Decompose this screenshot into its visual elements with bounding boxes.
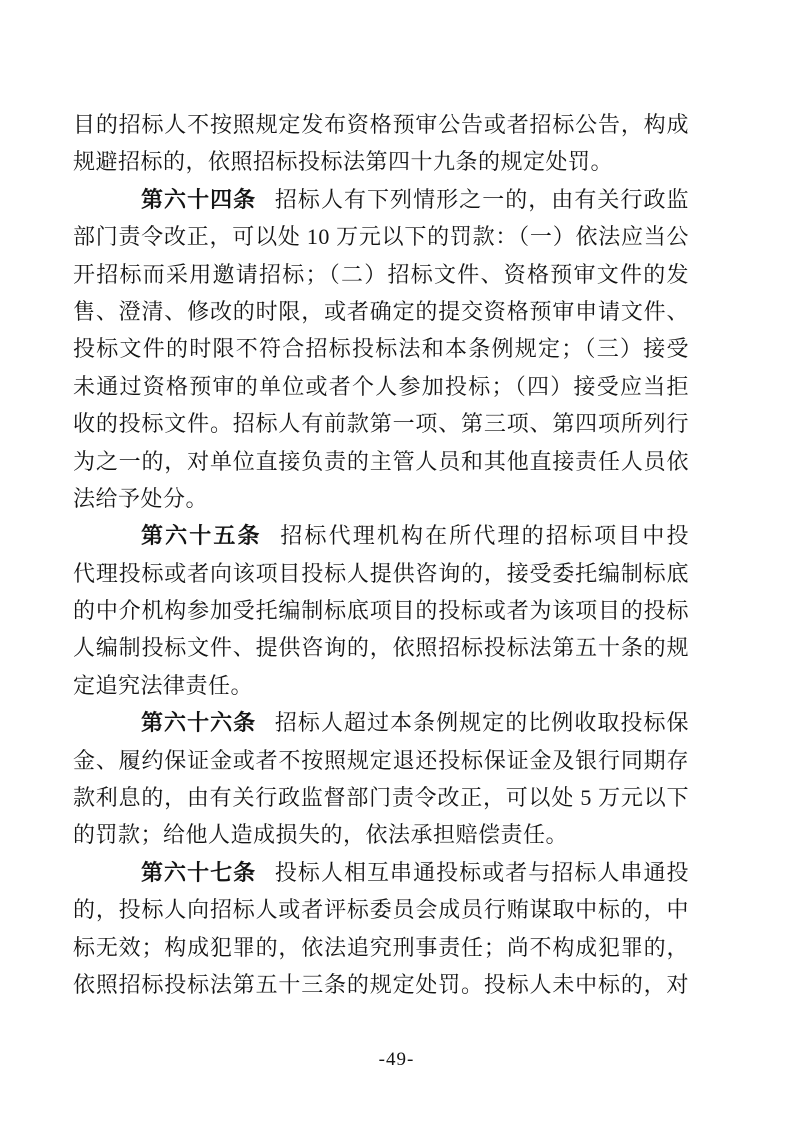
text-line: 售、澄清、修改的时限，或者确定的提交资格预审申请文件、 [73,293,689,330]
text-line: 的，投标人向招标人或者评标委员会成员行贿谋取中标的，中 [73,891,689,928]
text-line: 人编制投标文件、提供咨询的，依照招标投标法第五十条的规 [73,629,689,666]
line-text: 定追究法律责任。 [73,673,253,698]
line-text: 人编制投标文件、提供咨询的，依照招标投标法第五十条的规 [73,635,689,660]
line-text: 规避招标的，依照招标投标法第四十九条的规定处罚。 [73,149,613,174]
line-text: 的中介机构参加受托编制标底项目的投标或者为该项目的投标 [73,598,689,623]
text-line: 标无效；构成犯罪的，依法追究刑事责任；尚不构成犯罪的， [73,929,689,966]
text-line: 款利息的，由有关行政监督部门责令改正，可以处 5 万元以下 [73,779,689,816]
text-line: 投标文件的时限不符合招标投标法和本条例规定；（三）接受 [73,330,689,367]
text-line: 的中介机构参加受托编制标底项目的投标或者为该项目的投标 [73,592,689,629]
article-number-heading: 第六十七条 [141,860,256,885]
line-text: 的，投标人向招标人或者评标委员会成员行贿谋取中标的，中 [73,897,689,922]
line-text: 未通过资格预审的单位或者个人参加投标；（四）接受应当拒 [73,374,689,399]
line-text: 金、履约保证金或者不按照规定退还投标保证金及银行同期存 [73,748,689,773]
line-text: 的罚款；给他人造成损失的，依法承担赔偿责任。 [73,822,568,847]
text-line: 法给予处分。 [73,480,689,517]
article-number-heading: 第六十五条 [141,523,262,548]
text-line: 第六十七条投标人相互串通投标或者与招标人串通投标 [73,854,689,891]
article-number-heading: 第六十四条 [141,187,256,212]
document-page: 目的招标人不按照规定发布资格预审公告或者招标公告，构成规避招标的，依照招标投标法… [0,0,793,1122]
text-line: 第六十四条招标人有下列情形之一的，由有关行政监督 [73,181,689,218]
line-text: 款利息的，由有关行政监督部门责令改正，可以处 5 万元以下 [73,785,689,810]
text-line: 部门责令改正，可以处 10 万元以下的罚款：（一）依法应当公 [73,218,689,255]
text-line: 收的投标文件。招标人有前款第一项、第三项、第四项所列行 [73,405,689,442]
text-line: 的罚款；给他人造成损失的，依法承担赔偿责任。 [73,816,689,853]
page-number: -49- [0,1049,793,1071]
text-line: 为之一的，对单位直接负责的主管人员和其他直接责任人员依 [73,443,689,480]
text-line: 未通过资格预审的单位或者个人参加投标；（四）接受应当拒 [73,368,689,405]
line-text: 投标文件的时限不符合招标投标法和本条例规定；（三）接受 [73,336,689,361]
text-line: 代理投标或者向该项目投标人提供咨询的，接受委托编制标底 [73,555,689,592]
text-line: 金、履约保证金或者不按照规定退还投标保证金及银行同期存 [73,742,689,779]
article-number-heading: 第六十六条 [141,710,256,735]
text-line: 第六十五条招标代理机构在所代理的招标项目中投标、 [73,517,689,554]
line-text: 部门责令改正，可以处 10 万元以下的罚款：（一）依法应当公 [73,224,689,249]
text-line: 目的招标人不按照规定发布资格预审公告或者招标公告，构成 [73,106,689,143]
text-line: 开招标而采用邀请招标；（二）招标文件、资格预审文件的发 [73,256,689,293]
line-text: 依照招标投标法第五十三条的规定处罚。投标人未中标的，对 [73,972,689,997]
line-text: 标无效；构成犯罪的，依法追究刑事责任；尚不构成犯罪的， [73,935,689,960]
line-text: 法给予处分。 [73,486,208,511]
text-line: 规避招标的，依照招标投标法第四十九条的规定处罚。 [73,143,689,180]
line-text: 为之一的，对单位直接负责的主管人员和其他直接责任人员依 [73,449,689,474]
line-text: 收的投标文件。招标人有前款第一项、第三项、第四项所列行 [73,411,689,436]
line-text: 售、澄清、修改的时限，或者确定的提交资格预审申请文件、 [73,299,689,324]
document-body: 目的招标人不按照规定发布资格预审公告或者招标公告，构成规避招标的，依照招标投标法… [73,106,689,1003]
text-line: 定追究法律责任。 [73,667,689,704]
text-line: 第六十六条招标人超过本条例规定的比例收取投标保证 [73,704,689,741]
text-line: 依照招标投标法第五十三条的规定处罚。投标人未中标的，对 [73,966,689,1003]
line-text: 目的招标人不按照规定发布资格预审公告或者招标公告，构成 [73,112,689,137]
line-text: 开招标而采用邀请招标；（二）招标文件、资格预审文件的发 [73,262,689,287]
line-text: 代理投标或者向该项目投标人提供咨询的，接受委托编制标底 [73,561,689,586]
